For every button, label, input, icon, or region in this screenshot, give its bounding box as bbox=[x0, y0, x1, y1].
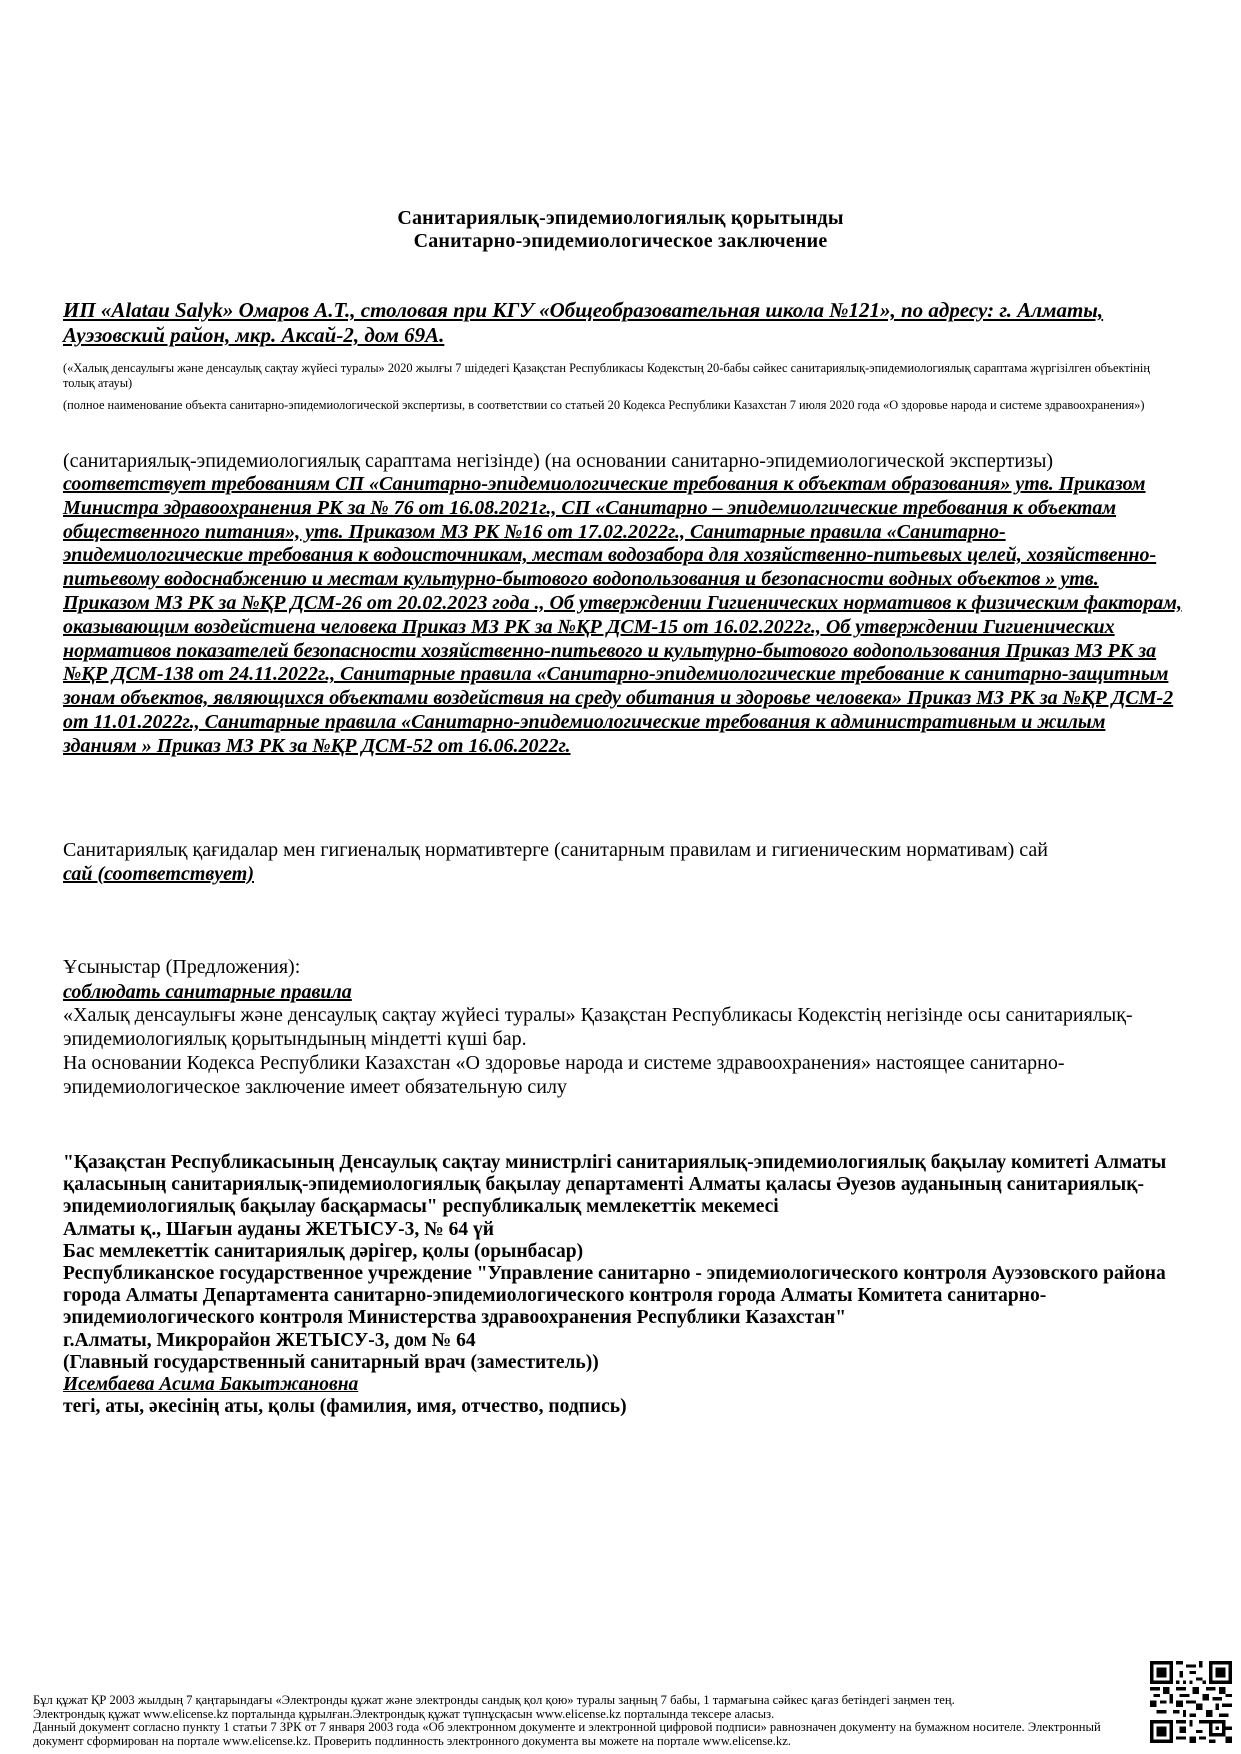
object-note-ru: (полное наименование объекта санитарно-э… bbox=[63, 398, 1183, 413]
document-title: Санитариялық-эпидемиологиялық қорытынды … bbox=[0, 207, 1241, 253]
title-ru: Санитарно-эпидемиологическое заключение bbox=[0, 230, 1241, 253]
issuing-authority: "Қазақстан Республикасының Денсаулық сақ… bbox=[63, 1152, 1193, 1418]
signature-caption: тегі, аты, әкесінің аты, қолы (фамилия, … bbox=[63, 1396, 1193, 1418]
basis-label: (санитариялық-эпидемиологиялық сараптама… bbox=[63, 449, 1183, 473]
footer-line-1: Бұл құжат ҚР 2003 жылдың 7 қаңтарындағы … bbox=[33, 1694, 1123, 1708]
authority-org-ru: Республиканское государственное учрежден… bbox=[63, 1263, 1193, 1330]
e-document-footer: Бұл құжат ҚР 2003 жылдың 7 қаңтарындағы … bbox=[33, 1694, 1123, 1748]
footer-line-3: Данный документ согласно пункту 1 статьи… bbox=[33, 1721, 1123, 1748]
qr-code-icon bbox=[1150, 1661, 1232, 1743]
footer-line-2: Электрондық құжат www.elicense.kz портал… bbox=[33, 1708, 1123, 1722]
compliance-value: сай (соответствует) bbox=[63, 862, 254, 886]
object-note-kz: («Халық денсаулығы және денсаулық сақтау… bbox=[63, 361, 1183, 391]
object-name-text: ИП «Alatau Salyk» Омаров А.Т., столовая … bbox=[63, 298, 1103, 347]
authority-address-kz: Алматы қ., Шағын ауданы ЖЕТЫСУ-3, № 64 ү… bbox=[63, 1219, 1193, 1241]
proposals-label: Ұсыныстар (Предложения): bbox=[63, 955, 300, 979]
signer-name: Исембаева Асима Бакытжановна bbox=[63, 1374, 358, 1395]
proposals-value: соблюдать санитарные правила bbox=[63, 980, 352, 1004]
compliance-label: Санитариялық қағидалар мен гигиеналық но… bbox=[63, 838, 1183, 862]
legal-notice-ru: На основании Кодекса Республики Казахста… bbox=[63, 1051, 1183, 1099]
object-name: ИП «Alatau Salyk» Омаров А.Т., столовая … bbox=[63, 298, 1183, 348]
authority-org-kz: "Қазақстан Республикасының Денсаулық сақ… bbox=[63, 1152, 1193, 1219]
authority-address-ru: г.Алматы, Микрорайон ЖЕТЫСУ-3, дом № 64 bbox=[63, 1330, 1193, 1352]
title-kz: Санитариялық-эпидемиологиялық қорытынды bbox=[0, 207, 1241, 230]
requirements-text: соответствует требованиям СП «Санитарно-… bbox=[63, 473, 1183, 759]
legal-notice-kz: «Халық денсаулығы және денсаулық сақтау … bbox=[63, 1003, 1183, 1051]
document-page: Санитариялық-эпидемиологиялық қорытынды … bbox=[0, 0, 1241, 1754]
authority-position-kz: Бас мемлекеттік санитариялық дәрігер, қо… bbox=[63, 1241, 1193, 1263]
authority-position-ru: (Главный государственный санитарный врач… bbox=[63, 1352, 1193, 1374]
